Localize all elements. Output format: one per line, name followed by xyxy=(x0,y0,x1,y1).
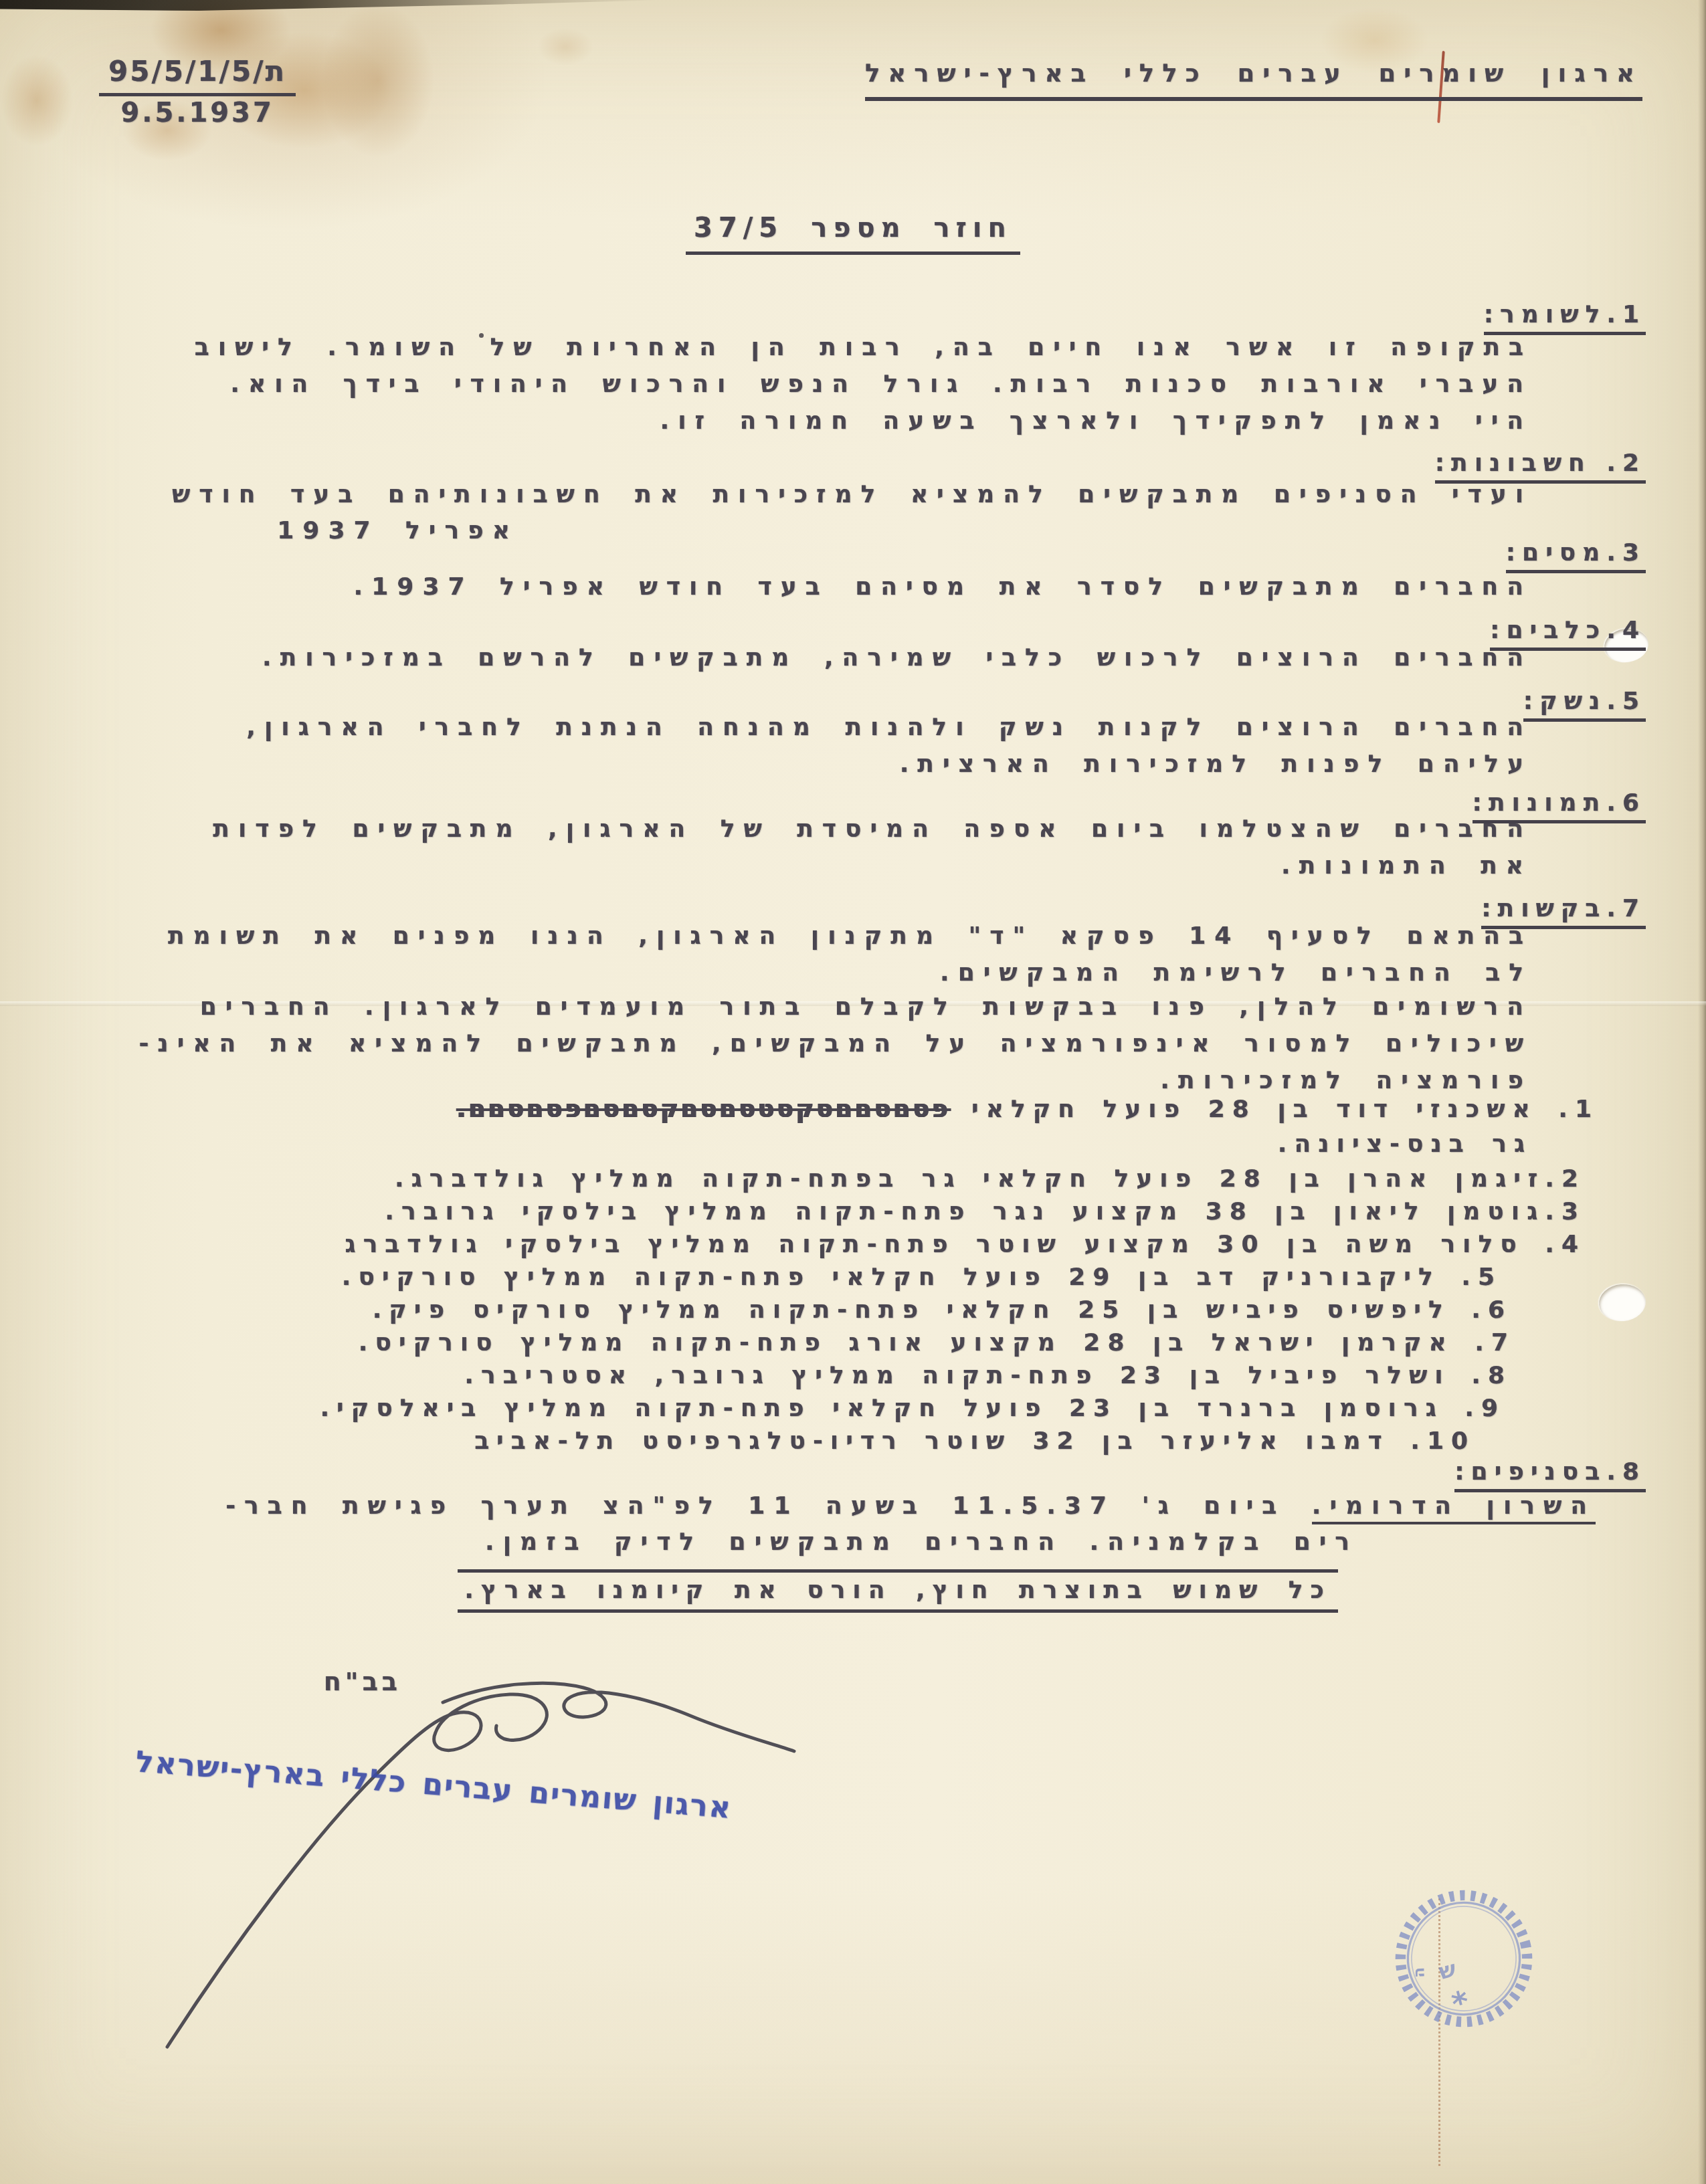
applicant-row: 8. ושלר פיביל בן 23 פתח-תקוה ממליץ גרובר… xyxy=(464,1362,1512,1389)
section-7-paragraph2: הרשומים להלן, פנו בבקשות לקבלם בתור מועמ… xyxy=(138,989,1532,1099)
slogan-banner: כל שמוש בתוצרת חוץ, הורס את קיומנו בארץ. xyxy=(458,1569,1338,1613)
underlined-lead: השרון הדרומי. xyxy=(1312,1492,1596,1524)
circular-title: חוזר מספר 37/5 xyxy=(686,213,1020,255)
scan-edge-top xyxy=(0,0,662,11)
applicant-row: 2.זיגמן אהרן בן 28 פועל חקלאי גר בפתח-תק… xyxy=(395,1165,1586,1193)
struck-out-text: פסםסםםסקסטסםסםקסםסםפסםסםם. xyxy=(457,1096,951,1123)
section-2-body-line2: אפריל 1937 xyxy=(277,512,518,549)
section-5-heading: 5.נשק: xyxy=(1523,688,1646,722)
applicant-row: 5. ליקבורניק דב בן 29 פועל חקלאי פתח-תקו… xyxy=(342,1264,1502,1291)
section-6-body: החברים שהצטלמו ביום אספה המיסדת של הארגו… xyxy=(213,811,1532,884)
applicant-row: 1. אשכנזי דוד בן 28 פועל חקלאי פסםסםםסקס… xyxy=(457,1096,1599,1123)
section-1-body: בתקופה זו אשר אנו חיים בה, רבות הן האחרי… xyxy=(195,329,1532,439)
section-3-body: החברים מתבקשים לסדר את מסיהם בעד חודש אפ… xyxy=(354,569,1532,605)
section-8-body-line2: רים בקלמניה. החברים מתבקשים לדיק בזמן. xyxy=(485,1524,1358,1561)
section-7-paragraph1: בהתאם לסעיף 14 פסקא "ד" מתקנון הארגון, ה… xyxy=(168,918,1532,991)
reference-number: 95/5/1/5/ת xyxy=(99,55,296,96)
applicant-row: 3.גוטמן ליאון בן 38 מקצוע נגר פתח-תקוה מ… xyxy=(385,1198,1586,1225)
applicant-row: 7. אקרמן ישראל בן 28 מקצוע אורג פתח-תקוה… xyxy=(359,1329,1515,1357)
applicant-row: 6. ליפשיס פיביש בן 25 חקלאי פתח-תקוה ממל… xyxy=(373,1296,1512,1324)
section-8-body-line1: השרון הדרומי. ביום ג' 11.5.37 בשעה 11 לפ… xyxy=(225,1488,1596,1524)
seal-center-letter: ש xyxy=(1436,1955,1459,1985)
circular-seal: הקרן הקימת ש * xyxy=(1375,1870,1553,2048)
applicant-row: 10. דמבו אליעזר בן 32 שוטר רדיו-טלגרפיסט… xyxy=(474,1427,1475,1455)
applicant-row-continuation: גר בנס-ציונה. xyxy=(1278,1130,1532,1158)
document-page: 95/5/1/5/ת 9.5.1937 ארגון שומרים עברים כ… xyxy=(0,0,1706,2184)
applicant-row: 4. סלור משה בן 30 מקצוע שוטר פתח-תקוה ממ… xyxy=(345,1231,1586,1258)
scan-edge-right xyxy=(1698,0,1706,2184)
applicant-row: 9. גרוסמן ברנרד בן 23 פועל חקלאי פתח-תקו… xyxy=(320,1395,1505,1422)
document-date: 9.5.1937 xyxy=(99,98,296,128)
title-row: חוזר מספר 37/5 xyxy=(0,213,1706,255)
organization-header: ארגון שומרים עברים כללי בארץ-ישראל xyxy=(865,59,1642,101)
section-5-body: החברים הרוצים לקנות נשק ולהנות מהנחה הנת… xyxy=(246,709,1532,783)
punch-hole xyxy=(1598,1282,1648,1323)
handwritten-signature xyxy=(154,1676,823,2064)
reference-block: 95/5/1/5/ת 9.5.1937 xyxy=(99,55,296,128)
section-4-body: החברים הרוצים לרכוש כלבי שמירה, מתבקשים … xyxy=(262,639,1532,676)
section-2-body-line1: ועדי הסניפים מתבקשים להמציא למזכירות את … xyxy=(172,476,1532,513)
seal-bottom-mark: * xyxy=(1448,1983,1473,2022)
